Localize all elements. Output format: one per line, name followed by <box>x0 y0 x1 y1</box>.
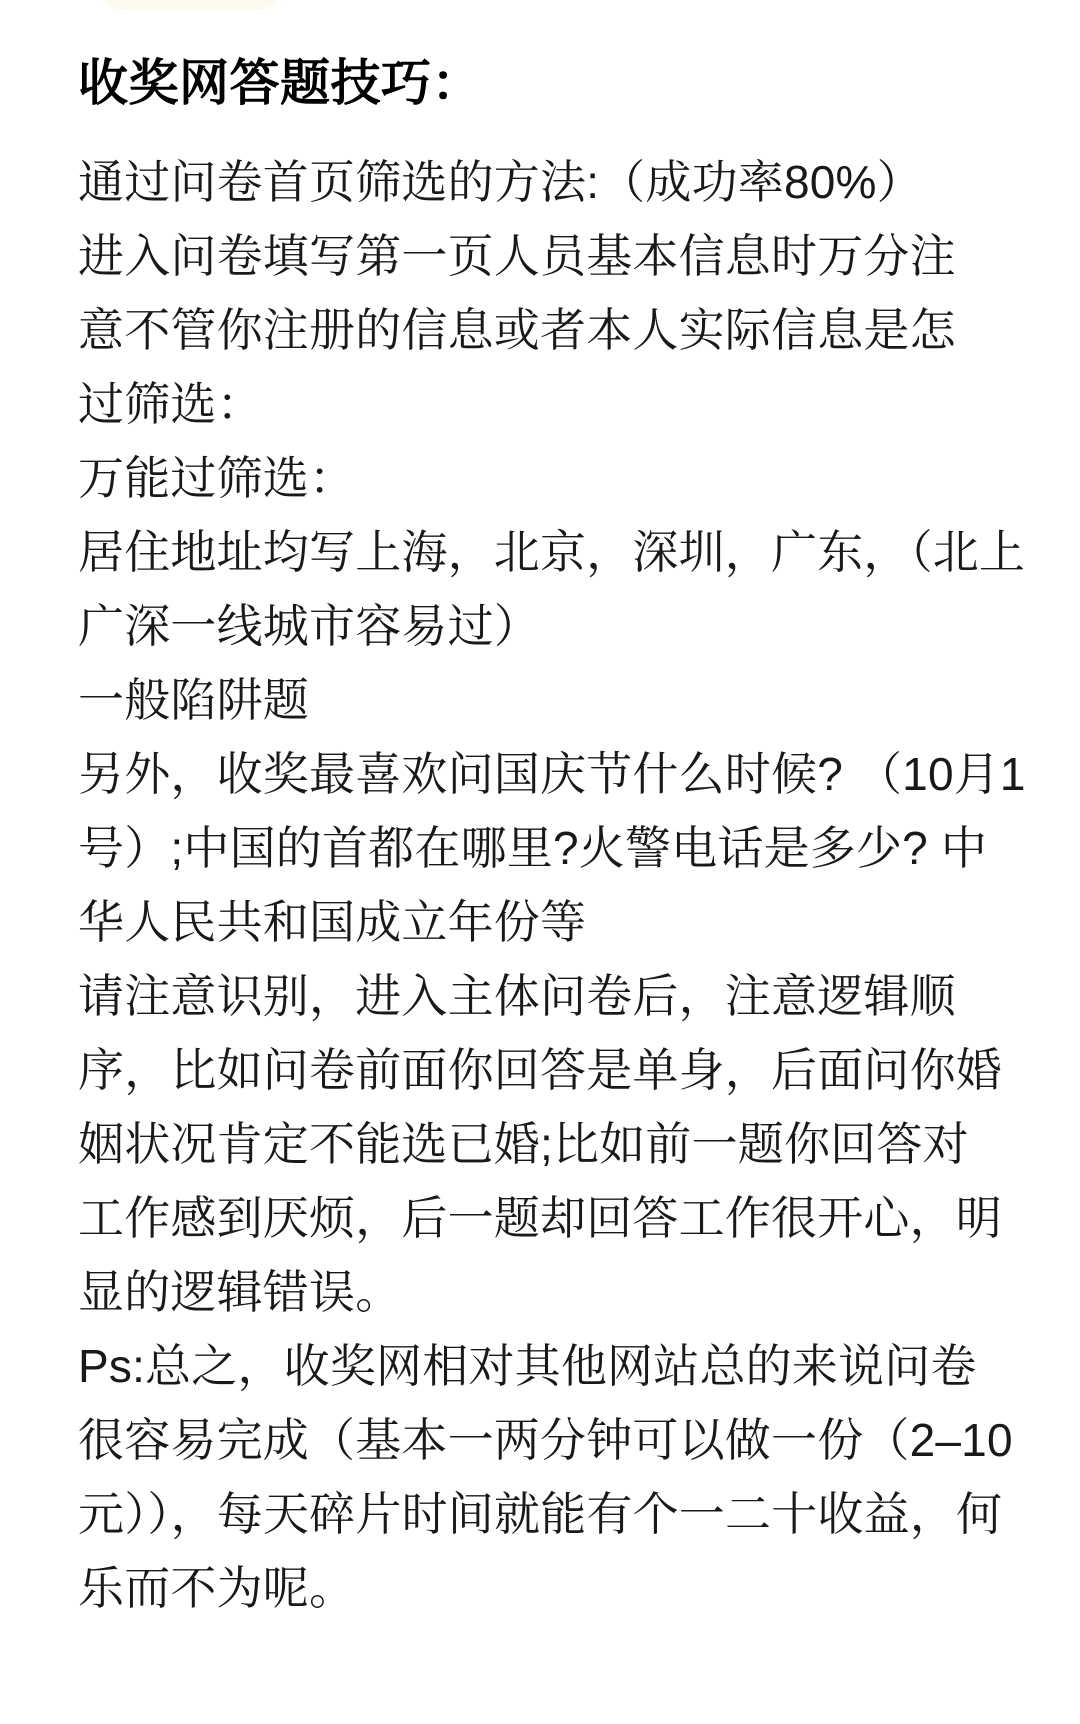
article-content: 收奖网答题技巧： 通过问卷首页筛选的方法:（成功率80%） 进入问卷填写第一页人… <box>78 46 1062 1625</box>
article-title: 收奖网答题技巧： <box>78 46 1062 120</box>
article-body: 通过问卷首页筛选的方法:（成功率80%） 进入问卷填写第一页人员基本信息时万分注… <box>78 145 1062 1625</box>
note-page: 收奖网答题技巧： 通过问卷首页筛选的方法:（成功率80%） 进入问卷填写第一页人… <box>0 0 1080 1724</box>
highlight-pill <box>104 0 277 10</box>
